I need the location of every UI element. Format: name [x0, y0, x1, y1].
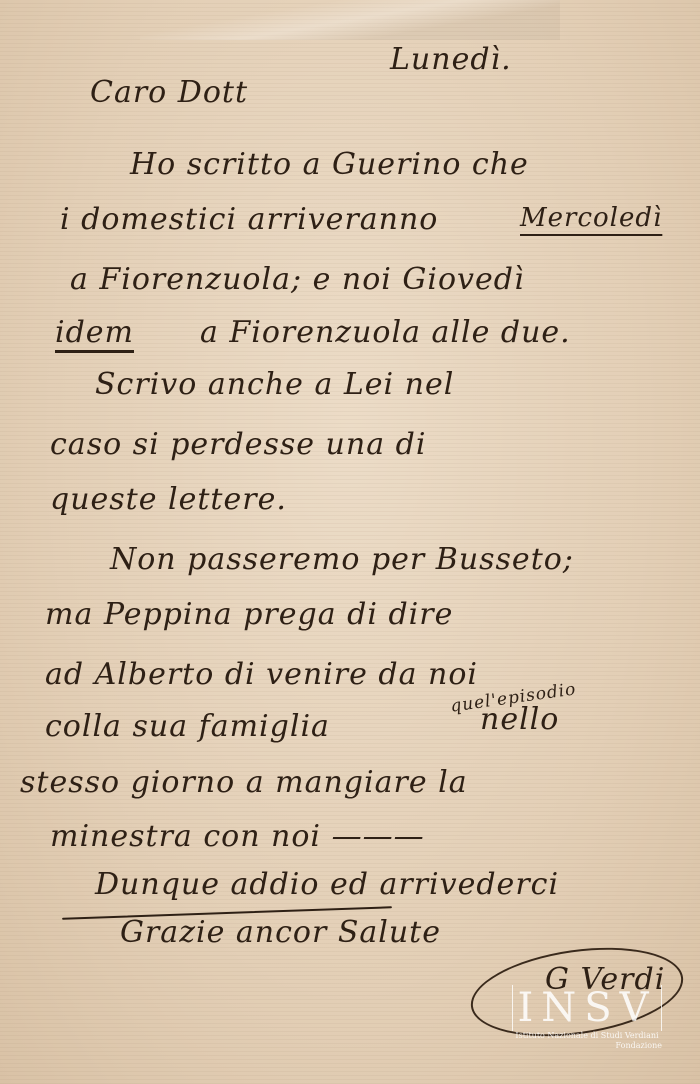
letter-line: caso si perdesse una di: [50, 430, 426, 460]
letter-line: a Fiorenzuola alle due.: [200, 318, 571, 348]
letter-line: Dunque addio ed arrivederci: [95, 870, 559, 900]
paper-fold: [140, 0, 560, 40]
letter-line-underlined: Mercoledì: [520, 205, 662, 231]
watermark: INSV Istituto Nazionale di Studi Verdian…: [512, 985, 662, 1050]
letter-line-underlined: idem: [55, 318, 134, 348]
letter-line: minestra con noi ———: [50, 822, 425, 852]
letter-line: ad Alberto di venire da noi: [45, 660, 478, 690]
letter-line: i domestici arriveranno: [60, 205, 438, 235]
watermark-logo: INSV: [512, 985, 662, 1031]
watermark-foundation: Fondazione: [512, 1041, 662, 1050]
letter-date: Lunedì.: [390, 45, 512, 75]
watermark-institution: Istituto Nazionale di Studi Verdiani: [512, 1031, 662, 1041]
letter-line: colla sua famiglia: [45, 712, 330, 742]
letter-line: a Fiorenzuola; e noi Giovedì: [70, 265, 525, 295]
letter-line: ma Peppina prega di dire: [45, 600, 453, 630]
letter-line: Non passeremo per Busseto;: [110, 545, 574, 575]
letter-closing: Grazie ancor Salute: [120, 918, 441, 948]
letter-line: nello: [480, 705, 559, 735]
letter-line: Ho scritto a Guerino che: [130, 150, 529, 180]
letter-salutation: Caro Dott: [90, 78, 248, 108]
letter-line: queste lettere.: [50, 485, 287, 515]
letter-page: Lunedì. Caro Dott Ho scritto a Guerino c…: [0, 0, 700, 1084]
letter-line: stesso giorno a mangiare la: [20, 768, 468, 798]
letter-line: Scrivo anche a Lei nel: [95, 370, 454, 400]
